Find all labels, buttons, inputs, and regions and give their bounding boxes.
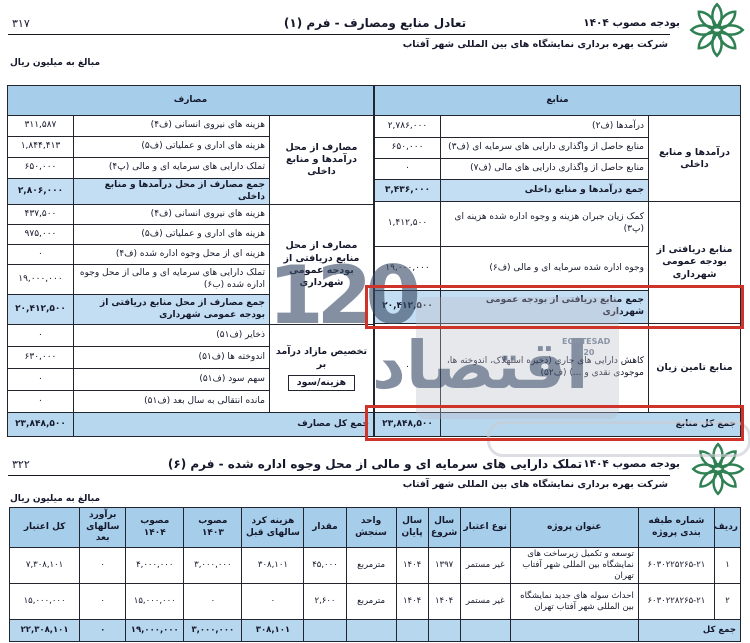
- grand-total-label: جمع کل: [638, 620, 740, 642]
- header-cell: مصوب ۱۴۰۳: [184, 508, 242, 548]
- header-rule-1: [8, 34, 670, 35]
- balance-table-container: منابع درآمدها و منابع داخلی درآمدها (ف۲)…: [9, 85, 741, 437]
- use-row-value: ۰: [7, 325, 73, 347]
- uses-total-value: ۲۳,۸۴۸,۵۰۰: [7, 413, 73, 437]
- credit-type: غیر مستمر: [460, 584, 510, 620]
- total-prev-years: ۳۰۸,۱۰۱: [242, 620, 304, 642]
- header-cell: نوع اعتبار: [460, 508, 510, 548]
- header-cell: عنوان پروژه: [510, 508, 638, 548]
- uses-subtotal-label: جمع مصارف از محل درآمدها و منابع داخلی: [73, 179, 269, 205]
- use-row-value: ۰: [7, 245, 73, 265]
- grand-total-credit: ۲۲,۳۰۸,۱۰۱: [10, 620, 80, 642]
- uses-group-surplus-line1: تخصیص مازاد درآمد بر: [274, 346, 369, 371]
- total-approved-1403: ۳,۰۰۰,۰۰۰: [184, 620, 242, 642]
- use-row-label: هزینه های نیروی انسانی (ف۴): [73, 205, 269, 225]
- quantity: ۴۵,۰۰۰: [304, 548, 346, 584]
- approved-1403: ۳,۰۰۰,۰۰۰: [184, 548, 242, 584]
- use-row-label: هزینه های اداری و عملیاتی (ف۵): [73, 137, 269, 158]
- header-cell: مصوب ۱۴۰۴: [126, 508, 184, 548]
- use-row-label: اندوخته ها (ف۵۱): [73, 347, 269, 369]
- use-row-value: ۶۳۰,۰۰۰: [7, 347, 73, 369]
- source-row-label: منابع حاصل از واگذاری دارایی های سرمایه …: [441, 137, 649, 158]
- empty-cell: [460, 620, 510, 642]
- empty-cell: [346, 620, 396, 642]
- uses-subtotal-municipal-value: ۲۰,۴۱۲,۵۰۰: [7, 295, 73, 325]
- start-year: ۱۴۰۴: [428, 584, 460, 620]
- total-approved-1404: ۱۹,۰۰۰,۰۰۰: [126, 620, 184, 642]
- uses-table: مصارف مصارف از محل درآمدها و منابع داخلی…: [7, 85, 374, 437]
- project-code: ۶۰۳۰۲۲۸۲۶۵-۲۱: [638, 584, 714, 620]
- project-row: ۱ ۶۰۳۰۲۲۵۲۶۵-۲۱ توسعه و تکمیل زیرساخت ها…: [10, 548, 741, 584]
- sources-group-internal: درآمدها و منابع داخلی: [649, 116, 741, 202]
- header-cell: سال شروع: [428, 508, 460, 548]
- use-row-value: ۳۱۱,۵۸۷: [7, 116, 73, 137]
- sources-group-loss: منابع تامین زیان: [649, 323, 741, 412]
- project-title: توسعه و تکمیل زیرساخت های نمایشگاه بین ا…: [510, 548, 638, 584]
- header-cell: شماره طبقه بندی پروژه: [638, 508, 714, 548]
- approved-1404: ۴,۰۰۰,۰۰۰: [126, 548, 184, 584]
- page-number-1: ۳۱۷: [12, 17, 30, 30]
- empty-cell: [510, 620, 638, 642]
- use-row-label: هزینه های نیروی انسانی (ف۴): [73, 116, 269, 137]
- source-row-value: ۰: [374, 323, 440, 412]
- use-row-label: ذخایر (ف۵۱): [73, 325, 269, 347]
- header-cell: واحد سنجش: [346, 508, 396, 548]
- source-row-label: منابع حاصل از واگذاری دارایی های مالی (ف…: [441, 158, 649, 179]
- total-credit: ۱۵,۰۰۰,۰۰۰: [10, 584, 80, 620]
- form1-title: تعادل منابع ومصارف - فرم (۱): [0, 16, 750, 30]
- projects-header-row: ردیف شماره طبقه بندی پروژه عنوان پروژه ن…: [10, 508, 741, 548]
- uses-group-municipal: مصارف از محل منابع دریافتی از بودجه عموم…: [269, 205, 373, 325]
- header-cell: هزینه کرد سالهای قبل: [242, 508, 304, 548]
- use-row-value: ۶۵۰,۰۰۰: [7, 158, 73, 179]
- total-future-estimate: ۰: [80, 620, 126, 642]
- empty-cell: [428, 620, 460, 642]
- header-cell: ردیف: [714, 508, 740, 548]
- tehran-municipality-logo-icon: [688, 2, 746, 58]
- use-row-value: ۱۹,۰۰۰,۰۰۰: [7, 265, 73, 295]
- projects-total-row: جمع کل ۳۰۸,۱۰۱ ۳,۰۰۰,۰۰۰ ۱۹,۰۰۰,۰۰۰ ۰ ۲۲…: [10, 620, 741, 642]
- source-row-label: کمک زیان جبران هزینه و وجوه اداره شده هز…: [441, 202, 649, 247]
- prev-years-spent: ۳۰۸,۱۰۱: [242, 548, 304, 584]
- sources-subtotal-label: جمع درآمدها و منابع داخلی: [441, 180, 649, 202]
- uses-subtotal-municipal-label: جمع مصارف از محل منابع دریافتی از بودجه …: [73, 295, 269, 325]
- row-index: ۲: [714, 584, 740, 620]
- future-estimate: ۰: [80, 584, 126, 620]
- uses-group-surplus: تخصیص مازاد درآمد بر هزینه/سود: [269, 325, 373, 413]
- uses-group-internal: مصارف از محل درآمدها و منابع داخلی: [269, 116, 373, 205]
- total-credit: ۷,۳۰۸,۱۰۱: [10, 548, 80, 584]
- budget-document-page: بودجه مصوب ۱۴۰۴ تعادل منابع ومصارف - فرم…: [0, 0, 750, 643]
- project-code: ۶۰۳۰۲۲۵۲۶۵-۲۱: [638, 548, 714, 584]
- unit: مترمربع: [346, 548, 396, 584]
- use-row-value: ۰: [7, 369, 73, 391]
- units-note-2: مبالغ به میلیون ریال: [10, 494, 100, 504]
- balance-table: منابع درآمدها و منابع داخلی درآمدها (ف۲)…: [9, 85, 741, 437]
- header-cell: مقدار: [304, 508, 346, 548]
- use-row-label: هزینه های اداری و عملیاتی (ف۵): [73, 225, 269, 245]
- header-cell: کل اعتبار: [10, 508, 80, 548]
- sources-group-municipal: منابع دریافتی از بودجه عمومی شهرداری: [649, 202, 741, 323]
- quantity: ۲,۶۰۰: [304, 584, 346, 620]
- end-year: ۱۴۰۴: [396, 548, 428, 584]
- form6-title: تملک دارایی های سرمایه ای و مالی از محل …: [0, 457, 750, 471]
- source-row-value: ۰: [374, 158, 440, 179]
- uses-header: مصارف: [7, 86, 373, 116]
- use-row-label: مانده انتقالی به سال بعد (ف۵۱): [73, 391, 269, 413]
- project-row: ۲ ۶۰۳۰۲۲۸۲۶۵-۲۱ احداث سوله های جدید نمای…: [10, 584, 741, 620]
- future-estimate: ۰: [80, 548, 126, 584]
- units-note-1: مبالغ به میلیون ریال: [10, 58, 100, 68]
- sources-subtotal-municipal-label: جمع منابع دریافتی از بودجه عمومی شهرداری: [441, 291, 649, 323]
- company-name-2: شرکت بهره برداری نمایشگاه های بین المللی…: [403, 479, 668, 490]
- source-row-label: درآمدها (ف۲): [441, 116, 649, 137]
- source-row-value: ۱۹,۰۰۰,۰۰۰: [374, 246, 440, 291]
- source-row-label: وجوه اداره شده سرمایه ای و مالی (ف۶): [441, 246, 649, 291]
- sources-subtotal-municipal-value: ۲۰,۴۱۲,۵۰۰: [374, 291, 440, 323]
- use-row-value: ۱,۸۴۴,۴۱۳: [7, 137, 73, 158]
- source-row-value: ۶۵۰,۰۰۰: [374, 137, 440, 158]
- empty-cell: [304, 620, 346, 642]
- use-row-value: ۰: [7, 391, 73, 413]
- header-rule-2: [8, 475, 670, 476]
- sources-table: منابع درآمدها و منابع داخلی درآمدها (ف۲)…: [374, 85, 741, 437]
- unit: مترمربع: [346, 584, 396, 620]
- header-cell: برآورد سالهای بعد: [80, 508, 126, 548]
- sources-header: منابع: [374, 86, 740, 116]
- start-year: ۱۳۹۷: [428, 548, 460, 584]
- prev-years-spent: ۰: [242, 584, 304, 620]
- sources-subtotal-value: ۳,۴۳۶,۰۰۰: [374, 180, 440, 202]
- use-row-label: سهم سود (ف۵۱): [73, 369, 269, 391]
- empty-cell: [396, 620, 428, 642]
- projects-table: ردیف شماره طبقه بندی پروژه عنوان پروژه ن…: [9, 507, 741, 642]
- use-row-label: تملک دارایی های سرمایه ای و مالی از محل …: [73, 265, 269, 295]
- source-row-label: کاهش دارایی های جاری (ذخیره استهلاک، اند…: [441, 323, 649, 412]
- source-row-value: ۱,۴۱۲,۵۰۰: [374, 202, 440, 247]
- page-number-2: ۳۲۲: [12, 458, 30, 471]
- use-row-value: ۴۳۷,۵۰۰: [7, 205, 73, 225]
- use-row-label: هزینه ای از محل وجوه اداره شده (ف۴): [73, 245, 269, 265]
- approved-1404: ۱۵,۰۰۰,۰۰۰: [126, 584, 184, 620]
- header-cell: سال پایان: [396, 508, 428, 548]
- company-name-1: شرکت بهره برداری نمایشگاه های بین المللی…: [403, 39, 668, 50]
- approved-1403: ۰: [184, 584, 242, 620]
- row-index: ۱: [714, 548, 740, 584]
- uses-subtotal-value: ۲,۸۰۶,۰۰۰: [7, 179, 73, 205]
- uses-total-label: جمع کل مصارف: [73, 413, 373, 437]
- credit-type: غیر مستمر: [460, 548, 510, 584]
- use-row-value: ۹۷۵,۰۰۰: [7, 225, 73, 245]
- end-year: ۱۴۰۴: [396, 584, 428, 620]
- source-row-value: ۲,۷۸۶,۰۰۰: [374, 116, 440, 137]
- use-row-label: تملک دارایی های سرمایه ای و مالی (پ۴): [73, 158, 269, 179]
- sources-total-label: جمع کل منابع: [441, 412, 741, 436]
- uses-group-surplus-line2: هزینه/سود: [288, 375, 355, 391]
- sources-total-value: ۲۳,۸۴۸,۵۰۰: [374, 412, 440, 436]
- project-title: احداث سوله های جدید نمایشگاه بین المللی …: [510, 584, 638, 620]
